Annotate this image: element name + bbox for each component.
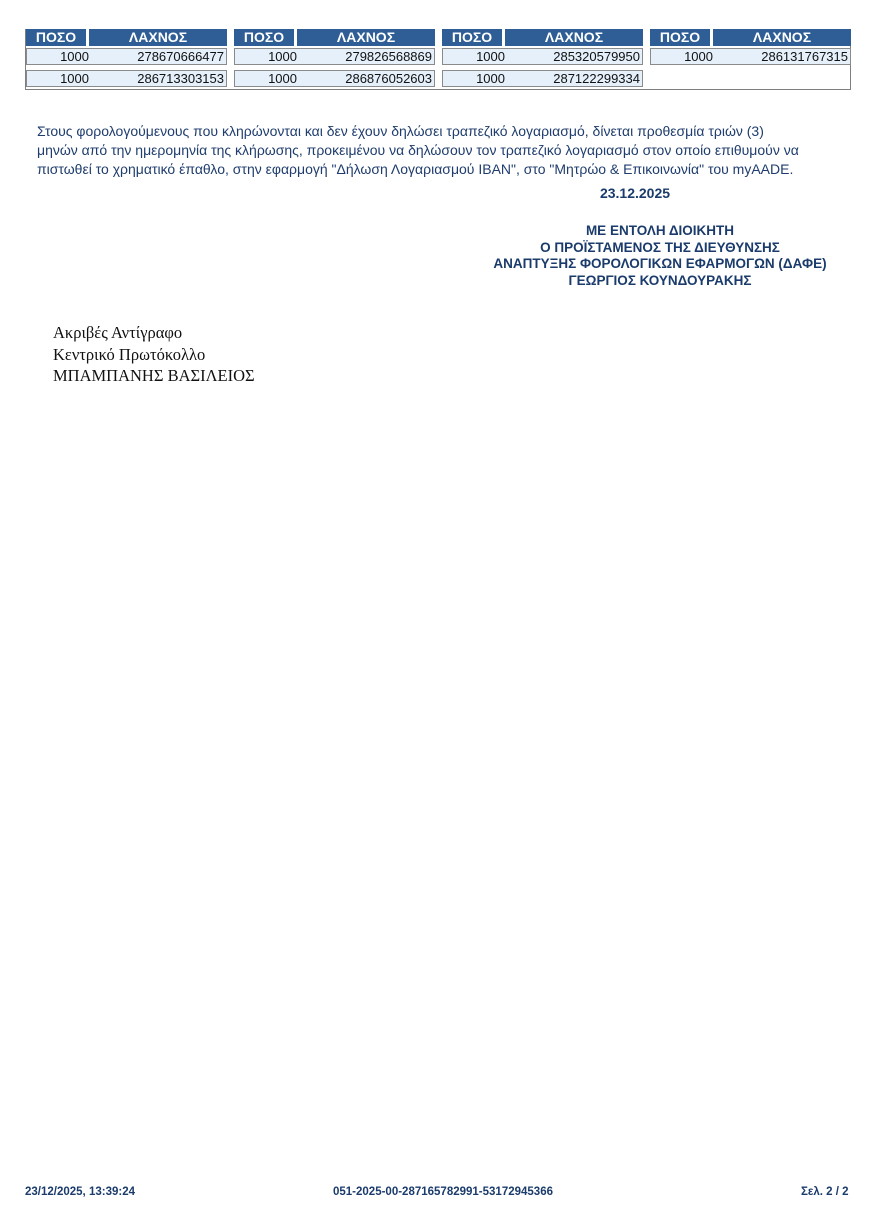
- table-header: ΠΟΣΟ ΛΑΧΝΟΣ: [26, 29, 227, 46]
- table-row: 1000 286713303153: [26, 70, 227, 87]
- table-column-group-2: ΠΟΣΟ ΛΑΧΝΟΣ 1000 279826568869 1000 28687…: [234, 29, 435, 46]
- table-header: ΠΟΣΟ ΛΑΧΝΟΣ: [650, 29, 851, 46]
- cell-ticket: 279826568869: [297, 49, 434, 64]
- header-ticket: ΛΑΧΝΟΣ: [297, 29, 435, 46]
- cell-ticket: 286876052603: [297, 71, 434, 86]
- header-amount: ΠΟΣΟ: [26, 29, 89, 46]
- footer-document-code: 051-2025-00-287165782991-53172945366: [333, 1186, 553, 1198]
- cell-amount: 1000: [27, 49, 89, 64]
- cell-amount: 1000: [27, 71, 89, 86]
- table-row: 1000 287122299334: [442, 70, 643, 87]
- signature-line: Ο ΠΡΟΪΣΤΑΜΕΝΟΣ ΤΗΣ ΔΙΕΥΘΥΝΣΗΣ: [430, 240, 875, 257]
- cell-amount: 1000: [235, 49, 297, 64]
- signatory-name: ΓΕΩΡΓΙΟΣ ΚΟΥΝΔΟΥΡΑΚΗΣ: [430, 273, 875, 290]
- notice-line: μηνών από την ημερομηνία της κλήρωσης, π…: [37, 141, 852, 160]
- header-amount: ΠΟΣΟ: [442, 29, 505, 46]
- protocol-office: Κεντρικό Πρωτόκολλο: [53, 344, 255, 366]
- lottery-results-table: ΠΟΣΟ ΛΑΧΝΟΣ 1000 278670666477 1000 28671…: [25, 29, 851, 90]
- cell-ticket: 286713303153: [89, 71, 226, 86]
- cell-amount: 1000: [443, 71, 505, 86]
- certified-copy-block: Ακριβές Αντίγραφο Κεντρικό Πρωτόκολλο ΜΠ…: [53, 322, 255, 387]
- certified-copy-label: Ακριβές Αντίγραφο: [53, 322, 255, 344]
- header-amount: ΠΟΣΟ: [650, 29, 713, 46]
- table-row: 1000 286131767315: [650, 48, 851, 65]
- table-column-group-1: ΠΟΣΟ ΛΑΧΝΟΣ 1000 278670666477 1000 28671…: [26, 29, 227, 46]
- cell-ticket: 286131767315: [713, 49, 850, 64]
- certifier-name: ΜΠΑΜΠΑΝΗΣ ΒΑΣΙΛΕΙΟΣ: [53, 365, 255, 387]
- table-header: ΠΟΣΟ ΛΑΧΝΟΣ: [442, 29, 643, 46]
- header-ticket: ΛΑΧΝΟΣ: [89, 29, 227, 46]
- header-ticket: ΛΑΧΝΟΣ: [713, 29, 851, 46]
- cell-ticket: 278670666477: [89, 49, 226, 64]
- cell-ticket: 287122299334: [505, 71, 642, 86]
- header-amount: ΠΟΣΟ: [234, 29, 297, 46]
- table-row: 1000 278670666477: [26, 48, 227, 65]
- table-column-group-4: ΠΟΣΟ ΛΑΧΝΟΣ 1000 286131767315: [650, 29, 851, 46]
- table-row: 1000 279826568869: [234, 48, 435, 65]
- footer-page-number: Σελ. 2 / 2: [801, 1186, 849, 1198]
- signature-block: ΜΕ ΕΝΤΟΛΗ ΔΙΟΙΚΗΤΗ Ο ΠΡΟΪΣΤΑΜΕΝΟΣ ΤΗΣ ΔΙ…: [430, 223, 875, 289]
- footer-timestamp: 23/12/2025, 13:39:24: [25, 1186, 135, 1198]
- notice-line: πιστωθεί το χρηματικό έπαθλο, στην εφαρμ…: [37, 160, 852, 179]
- cell-amount: 1000: [235, 71, 297, 86]
- signature-line: ΑΝΑΠΤΥΞΗΣ ΦΟΡΟΛΟΓΙΚΩΝ ΕΦΑΡΜΟΓΩΝ (ΔΑΦΕ): [430, 256, 875, 273]
- table-row: 1000 286876052603: [234, 70, 435, 87]
- signature-line: ΜΕ ΕΝΤΟΛΗ ΔΙΟΙΚΗΤΗ: [430, 223, 875, 240]
- header-ticket: ΛΑΧΝΟΣ: [505, 29, 643, 46]
- cell-amount: 1000: [651, 49, 713, 64]
- cell-amount: 1000: [443, 49, 505, 64]
- iban-notice-paragraph: Στους φορολογούμενους που κληρώνονται κα…: [37, 122, 852, 179]
- table-row: 1000 285320579950: [442, 48, 643, 65]
- cell-ticket: 285320579950: [505, 49, 642, 64]
- table-header: ΠΟΣΟ ΛΑΧΝΟΣ: [234, 29, 435, 46]
- notice-line: Στους φορολογούμενους που κληρώνονται κα…: [37, 122, 852, 141]
- table-column-group-3: ΠΟΣΟ ΛΑΧΝΟΣ 1000 285320579950 1000 28712…: [442, 29, 643, 46]
- document-date: 23.12.2025: [560, 185, 710, 201]
